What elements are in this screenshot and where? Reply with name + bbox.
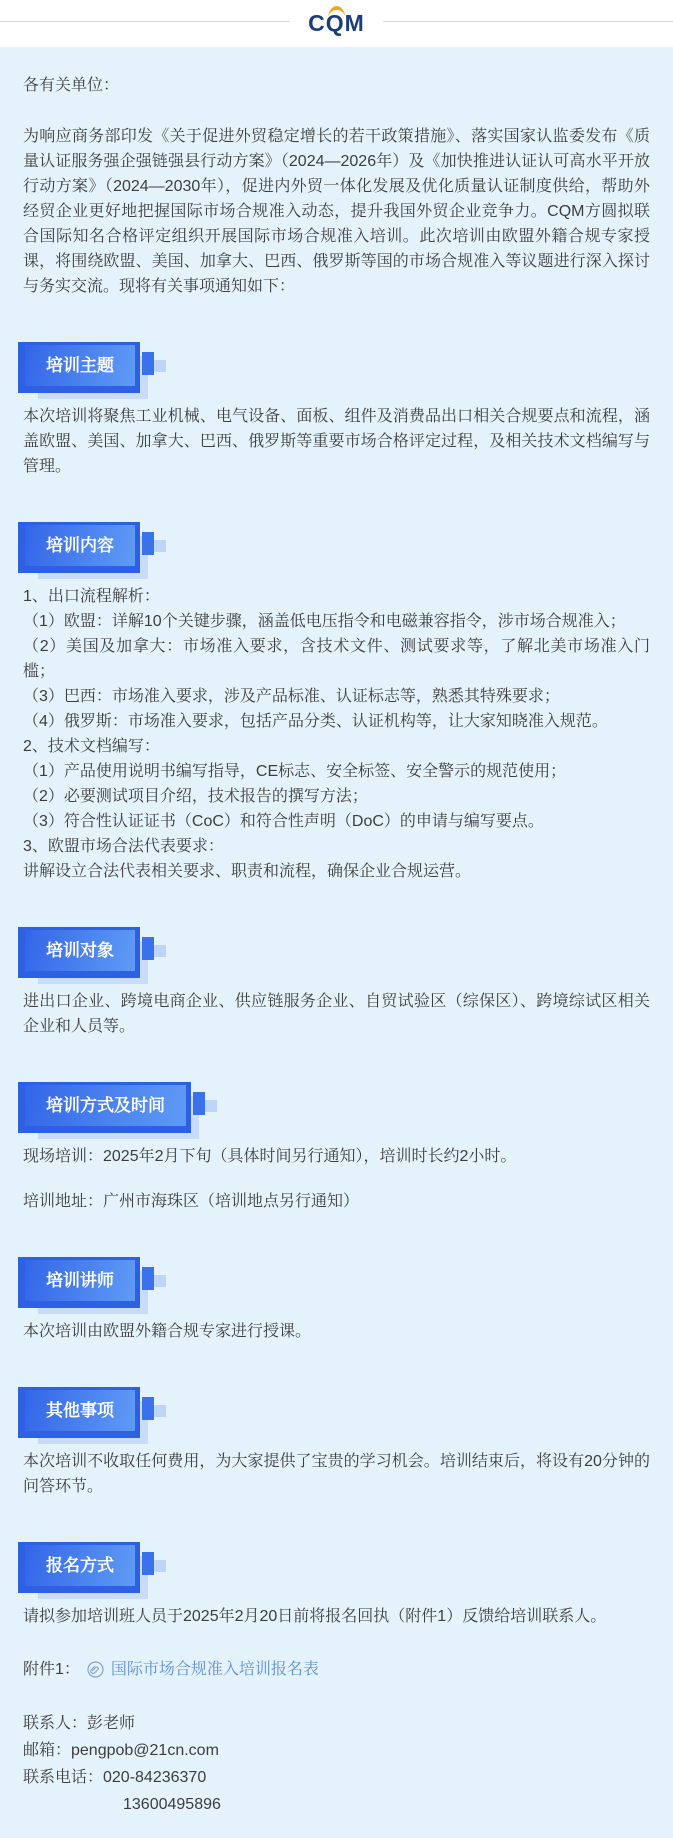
attachment-row: 附件1： 国际市场合规准入培训报名表 <box>23 1657 650 1682</box>
paragraph: 进出口企业、跨境电商企业、供应链服务企业、自贸试验区（综保区）、跨境综试区相关企… <box>23 989 650 1039</box>
section-training-topic: 培训主题 本次培训将聚焦工业机械、电气设备、面板、组件及消费品出口相关合规要点和… <box>23 345 650 479</box>
list-item: （2）必要测试项目介绍，技术报告的撰写方法； <box>23 784 650 809</box>
list-item: （1）欧盟：详解10个关键步骤，涵盖低电压指令和电磁兼容指令，涉市场合规准入； <box>23 609 650 634</box>
paragraph: 请拟参加培训班人员于2025年2月20日前将报名回执（附件1）反馈给培训联系人。 <box>23 1604 650 1629</box>
attachment-label: 附件1： <box>23 1657 80 1682</box>
badge-pixel-light-icon <box>154 1275 166 1287</box>
list-item: （3）巴西：市场准入要求，涉及产品标准、认证标志等，熟悉其特殊要求； <box>23 684 650 709</box>
badge-pixel-dark-icon <box>193 1092 205 1115</box>
badge-pixel-dark-icon <box>142 937 154 960</box>
paragraph: 本次培训由欧盟外籍合规专家进行授课。 <box>23 1319 650 1344</box>
notice-body: 各有关单位： 为响应商务部印发《关于促进外贸稳定增长的若干政策措施》、落实国家认… <box>0 47 673 1838</box>
salutation: 各有关单位： <box>23 73 650 98</box>
badge-pixel-light-icon <box>154 945 166 957</box>
section-other-matters: 其他事项 本次培训不收取任何费用，为大家提供了宝贵的学习机会。培训结束后，将设有… <box>23 1390 650 1499</box>
section-badge-training-content: 培训内容 <box>25 525 135 566</box>
badge-label: 培训讲师 <box>25 1260 135 1301</box>
section-badge-training-schedule: 培训方式及时间 <box>25 1085 186 1126</box>
contact-block: 联系人：彭老师 邮箱：pengpob@21cn.com 联系电话：020-842… <box>23 1710 650 1818</box>
section-training-content: 培训内容 1、出口流程解析： （1）欧盟：详解10个关键步骤，涵盖低电压指令和电… <box>23 525 650 884</box>
section-body: 本次培训将聚焦工业机械、电气设备、面板、组件及消费品出口相关合规要点和流程，涵盖… <box>23 404 650 479</box>
paragraph: 本次培训不收取任何费用，为大家提供了宝贵的学习机会。培训结束后，将设有20分钟的… <box>23 1449 650 1499</box>
list-item: （1）产品使用说明书编写指导，CE标志、安全标签、安全警示的规范使用； <box>23 759 650 784</box>
badge-pixel-dark-icon <box>142 352 154 375</box>
paragraph: 现场培训：2025年2月下旬（具体时间另行通知），培训时长约2小时。 <box>23 1144 650 1169</box>
contact-email: 邮箱：pengpob@21cn.com <box>23 1737 650 1764</box>
cqm-logo: CQM <box>290 10 383 37</box>
badge-pixel-dark-icon <box>142 1397 154 1420</box>
paperclip-icon <box>87 1661 104 1678</box>
badge-label: 培训方式及时间 <box>25 1085 186 1126</box>
badge-label: 培训主题 <box>25 345 135 386</box>
contact-person: 联系人：彭老师 <box>23 1710 650 1737</box>
badge-label: 培训对象 <box>25 930 135 971</box>
badge-label: 报名方式 <box>25 1545 135 1586</box>
badge-label: 其他事项 <box>25 1390 135 1431</box>
section-registration: 报名方式 请拟参加培训班人员于2025年2月20日前将报名回执（附件1）反馈给培… <box>23 1545 650 1629</box>
badge-pixel-light-icon <box>154 1405 166 1417</box>
badge-pixel-dark-icon <box>142 1552 154 1575</box>
list-item: （4）俄罗斯：市场准入要求，包括产品分类、认证机构等，让大家知晓准入规范。 <box>23 709 650 734</box>
list-item: 讲解设立合法代表相关要求、职责和流程，确保企业合规运营。 <box>23 859 650 884</box>
section-body: 1、出口流程解析： （1）欧盟：详解10个关键步骤，涵盖低电压指令和电磁兼容指令… <box>23 584 650 884</box>
attachment-link[interactable]: 国际市场合规准入培训报名表 <box>111 1657 319 1682</box>
badge-pixel-light-icon <box>205 1100 217 1112</box>
section-training-schedule: 培训方式及时间 现场培训：2025年2月下旬（具体时间另行通知），培训时长约2小… <box>23 1085 650 1214</box>
list-item: （2）美国及加拿大：市场准入要求，含技术文件、测试要求等，了解北美市场准入门槛； <box>23 634 650 684</box>
list-item: 1、出口流程解析： <box>23 584 650 609</box>
section-body: 本次培训由欧盟外籍合规专家进行授课。 <box>23 1319 650 1344</box>
contact-phone-secondary: 13600495896 <box>23 1791 650 1818</box>
section-badge-other-matters: 其他事项 <box>25 1390 135 1431</box>
section-badge-training-lecturer: 培训讲师 <box>25 1260 135 1301</box>
badge-pixel-light-icon <box>154 540 166 552</box>
section-training-lecturer: 培训讲师 本次培训由欧盟外籍合规专家进行授课。 <box>23 1260 650 1344</box>
list-item: （3）符合性认证证书（CoC）和符合性声明（DoC）的申请与编写要点。 <box>23 809 650 834</box>
list-item: 2、技术文档编写： <box>23 734 650 759</box>
badge-label: 培训内容 <box>25 525 135 566</box>
section-body: 进出口企业、跨境电商企业、供应链服务企业、自贸试验区（综保区）、跨境综试区相关企… <box>23 989 650 1039</box>
intro-paragraph: 为响应商务部印发《关于促进外贸稳定增长的若干政策措施》、落实国家认监委发布《质量… <box>23 124 650 299</box>
contact-phone: 联系电话：020-84236370 <box>23 1764 650 1791</box>
list-item: 3、欧盟市场合法代表要求： <box>23 834 650 859</box>
paragraph: 本次培训将聚焦工业机械、电气设备、面板、组件及消费品出口相关合规要点和流程，涵盖… <box>23 404 650 479</box>
section-body: 请拟参加培训班人员于2025年2月20日前将报名回执（附件1）反馈给培训联系人。 <box>23 1604 650 1629</box>
badge-pixel-light-icon <box>154 1560 166 1572</box>
badge-pixel-dark-icon <box>142 532 154 555</box>
paragraph: 培训地址：广州市海珠区（培训地点另行通知） <box>23 1189 650 1214</box>
badge-pixel-dark-icon <box>142 1267 154 1290</box>
section-training-audience: 培训对象 进出口企业、跨境电商企业、供应链服务企业、自贸试验区（综保区）、跨境综… <box>23 930 650 1039</box>
logo-arc-icon <box>329 6 346 18</box>
section-badge-registration: 报名方式 <box>25 1545 135 1586</box>
section-badge-training-audience: 培训对象 <box>25 930 135 971</box>
section-body: 现场培训：2025年2月下旬（具体时间另行通知），培训时长约2小时。 培训地址：… <box>23 1144 650 1214</box>
badge-pixel-light-icon <box>154 360 166 372</box>
section-body: 本次培训不收取任何费用，为大家提供了宝贵的学习机会。培训结束后，将设有20分钟的… <box>23 1449 650 1499</box>
section-badge-training-topic: 培训主题 <box>25 345 135 386</box>
page-header: CQM <box>0 0 673 47</box>
